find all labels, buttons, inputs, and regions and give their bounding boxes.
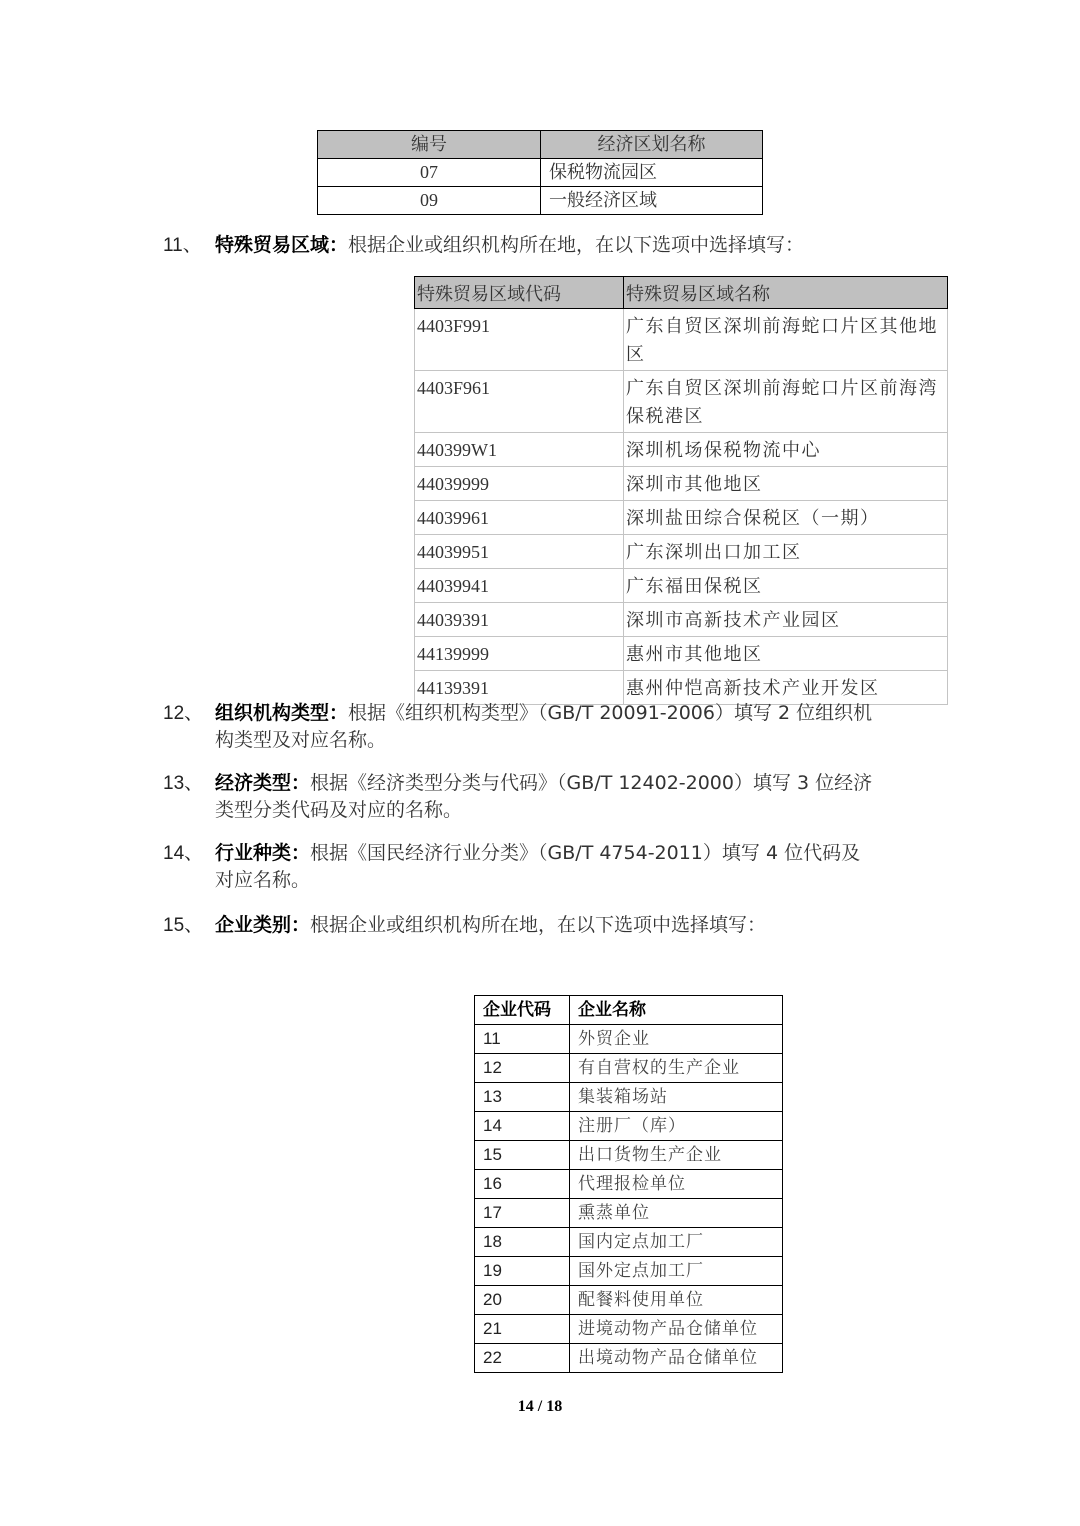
table-header-row: 编号 经济区划名称 (318, 131, 763, 159)
item-colon: ： (329, 702, 348, 724)
cell-code: 440399W1 (415, 433, 624, 467)
table-row: 13集装箱场站 (475, 1083, 783, 1112)
table-row: 07 保税物流园区 (318, 159, 763, 187)
table-row: 14注册厂（库） (475, 1112, 783, 1141)
item-12-organization-type: 12、组织机构类型：根据《组织机构类型》（GB/T 20091-2006）填写 … (163, 700, 923, 754)
item-colon: ： (291, 842, 310, 864)
table-header-row: 企业代码 企业名称 (475, 996, 783, 1025)
table-row: 17熏蒸单位 (475, 1199, 783, 1228)
table-row: 12有自营权的生产企业 (475, 1054, 783, 1083)
cell-name: 广东福田保税区 (624, 569, 948, 603)
cell-code: 12 (475, 1054, 570, 1083)
item-13-economic-type: 13、经济类型：根据《经济类型分类与代码》（GB/T 12402-2000）填写… (163, 770, 923, 824)
cell-name: 有自营权的生产企业 (570, 1054, 783, 1083)
table-row: 4403F961广东自贸区深圳前海蛇口片区前海湾保税港区 (415, 371, 948, 433)
page-number: 14 / 18 (0, 1398, 1080, 1416)
table-row: 19国外定点加工厂 (475, 1257, 783, 1286)
header-name: 特殊贸易区域名称 (624, 277, 948, 309)
cell-code: 44039941 (415, 569, 624, 603)
table-row: 09 一般经济区域 (318, 187, 763, 215)
cell-name: 配餐料使用单位 (570, 1286, 783, 1315)
table-row: 16代理报检单位 (475, 1170, 783, 1199)
item-14-industry-category: 14、行业种类：根据《国民经济行业分类》（GB/T 4754-2011）填写 4… (163, 840, 923, 894)
cell-name: 出境动物产品仓储单位 (570, 1344, 783, 1373)
item-15-enterprise-category: 15、企业类别：根据企业或组织机构所在地，在以下选项中选择填写： (163, 912, 923, 939)
cell-name: 广东自贸区深圳前海蛇口片区前海湾保税港区 (624, 371, 948, 433)
cell-code: 44039951 (415, 535, 624, 569)
cell-code: 19 (475, 1257, 570, 1286)
table-row: 44039391深圳市高新技术产业园区 (415, 603, 948, 637)
special-trade-zone-table: 特殊贸易区域代码 特殊贸易区域名称 4403F991广东自贸区深圳前海蛇口片区其… (414, 276, 948, 705)
item-text: 根据《组织机构类型》（GB/T 20091-2006）填写 2 位组织机 (348, 702, 872, 724)
cell-code: 21 (475, 1315, 570, 1344)
cell-code: 18 (475, 1228, 570, 1257)
table-row: 44139999惠州市其他地区 (415, 637, 948, 671)
cell-name: 深圳市其他地区 (624, 467, 948, 501)
item-number: 15、 (163, 912, 215, 939)
table-row: 44039999深圳市其他地区 (415, 467, 948, 501)
cell-code: 15 (475, 1141, 570, 1170)
cell-name: 惠州市其他地区 (624, 637, 948, 671)
cell-name: 一般经济区域 (541, 187, 763, 215)
item-keyword: 经济类型 (215, 772, 291, 794)
table-row: 11外贸企业 (475, 1025, 783, 1054)
item-colon: ： (291, 914, 310, 936)
item-keyword: 行业种类 (215, 842, 291, 864)
cell-name: 国外定点加工厂 (570, 1257, 783, 1286)
header-name: 经济区划名称 (541, 131, 763, 159)
item-colon: ： (291, 772, 310, 794)
table-row: 22出境动物产品仓储单位 (475, 1344, 783, 1373)
item-number: 14、 (163, 840, 215, 867)
cell-name: 代理报检单位 (570, 1170, 783, 1199)
cell-name: 国内定点加工厂 (570, 1228, 783, 1257)
cell-code: 44039391 (415, 603, 624, 637)
table-row: 44039961深圳盐田综合保税区（一期） (415, 501, 948, 535)
cell-name: 深圳盐田综合保税区（一期） (624, 501, 948, 535)
cell-code: 20 (475, 1286, 570, 1315)
cell-name: 广东深圳出口加工区 (624, 535, 948, 569)
table-row: 20配餐料使用单位 (475, 1286, 783, 1315)
item-text: 根据《国民经济行业分类》（GB/T 4754-2011）填写 4 位代码及 (310, 842, 860, 864)
cell-code: 4403F991 (415, 309, 624, 371)
cell-code: 44039961 (415, 501, 624, 535)
cell-code: 11 (475, 1025, 570, 1054)
item-number: 11、 (163, 232, 215, 259)
cell-name: 保税物流园区 (541, 159, 763, 187)
cell-name: 熏蒸单位 (570, 1199, 783, 1228)
cell-name: 外贸企业 (570, 1025, 783, 1054)
cell-name: 集装箱场站 (570, 1083, 783, 1112)
item-keyword: 特殊贸易区域 (215, 234, 329, 256)
cell-name: 进境动物产品仓储单位 (570, 1315, 783, 1344)
cell-code: 09 (318, 187, 541, 215)
item-text-continued: 对应名称。 (163, 867, 923, 894)
table-row: 18国内定点加工厂 (475, 1228, 783, 1257)
item-text-continued: 构类型及对应名称。 (163, 727, 923, 754)
table-row: 44039951广东深圳出口加工区 (415, 535, 948, 569)
enterprise-category-table: 企业代码 企业名称 11外贸企业 12有自营权的生产企业 13集装箱场站 14注… (474, 995, 783, 1373)
economic-zone-table: 编号 经济区划名称 07 保税物流园区 09 一般经济区域 (317, 130, 763, 215)
table-row: 4403F991广东自贸区深圳前海蛇口片区其他地区 (415, 309, 948, 371)
item-number: 13、 (163, 770, 215, 797)
header-code: 企业代码 (475, 996, 570, 1025)
cell-code: 13 (475, 1083, 570, 1112)
table-row: 21进境动物产品仓储单位 (475, 1315, 783, 1344)
cell-code: 17 (475, 1199, 570, 1228)
item-text: 根据《经济类型分类与代码》（GB/T 12402-2000）填写 3 位经济 (310, 772, 872, 794)
cell-code: 22 (475, 1344, 570, 1373)
header-code: 特殊贸易区域代码 (415, 277, 624, 309)
item-number: 12、 (163, 700, 215, 727)
cell-name: 注册厂（库） (570, 1112, 783, 1141)
item-11-special-trade-zone: 11、特殊贸易区域：根据企业或组织机构所在地，在以下选项中选择填写： (163, 232, 923, 259)
cell-name: 出口货物生产企业 (570, 1141, 783, 1170)
cell-code: 16 (475, 1170, 570, 1199)
table-row: 440399W1深圳机场保税物流中心 (415, 433, 948, 467)
cell-name: 广东自贸区深圳前海蛇口片区其他地区 (624, 309, 948, 371)
item-text: 根据企业或组织机构所在地，在以下选项中选择填写： (310, 914, 766, 936)
cell-code: 07 (318, 159, 541, 187)
item-keyword: 企业类别 (215, 914, 291, 936)
cell-code: 4403F961 (415, 371, 624, 433)
header-name: 企业名称 (570, 996, 783, 1025)
cell-name: 深圳市高新技术产业园区 (624, 603, 948, 637)
cell-code: 44039999 (415, 467, 624, 501)
header-code: 编号 (318, 131, 541, 159)
item-colon: ： (329, 234, 348, 256)
item-keyword: 组织机构类型 (215, 702, 329, 724)
table-row: 15出口货物生产企业 (475, 1141, 783, 1170)
cell-code: 44139999 (415, 637, 624, 671)
item-text-continued: 类型分类代码及对应的名称。 (163, 797, 923, 824)
table-row: 44039941广东福田保税区 (415, 569, 948, 603)
cell-name: 深圳机场保税物流中心 (624, 433, 948, 467)
table-header-row: 特殊贸易区域代码 特殊贸易区域名称 (415, 277, 948, 309)
item-text: 根据企业或组织机构所在地，在以下选项中选择填写： (348, 234, 804, 256)
cell-code: 14 (475, 1112, 570, 1141)
